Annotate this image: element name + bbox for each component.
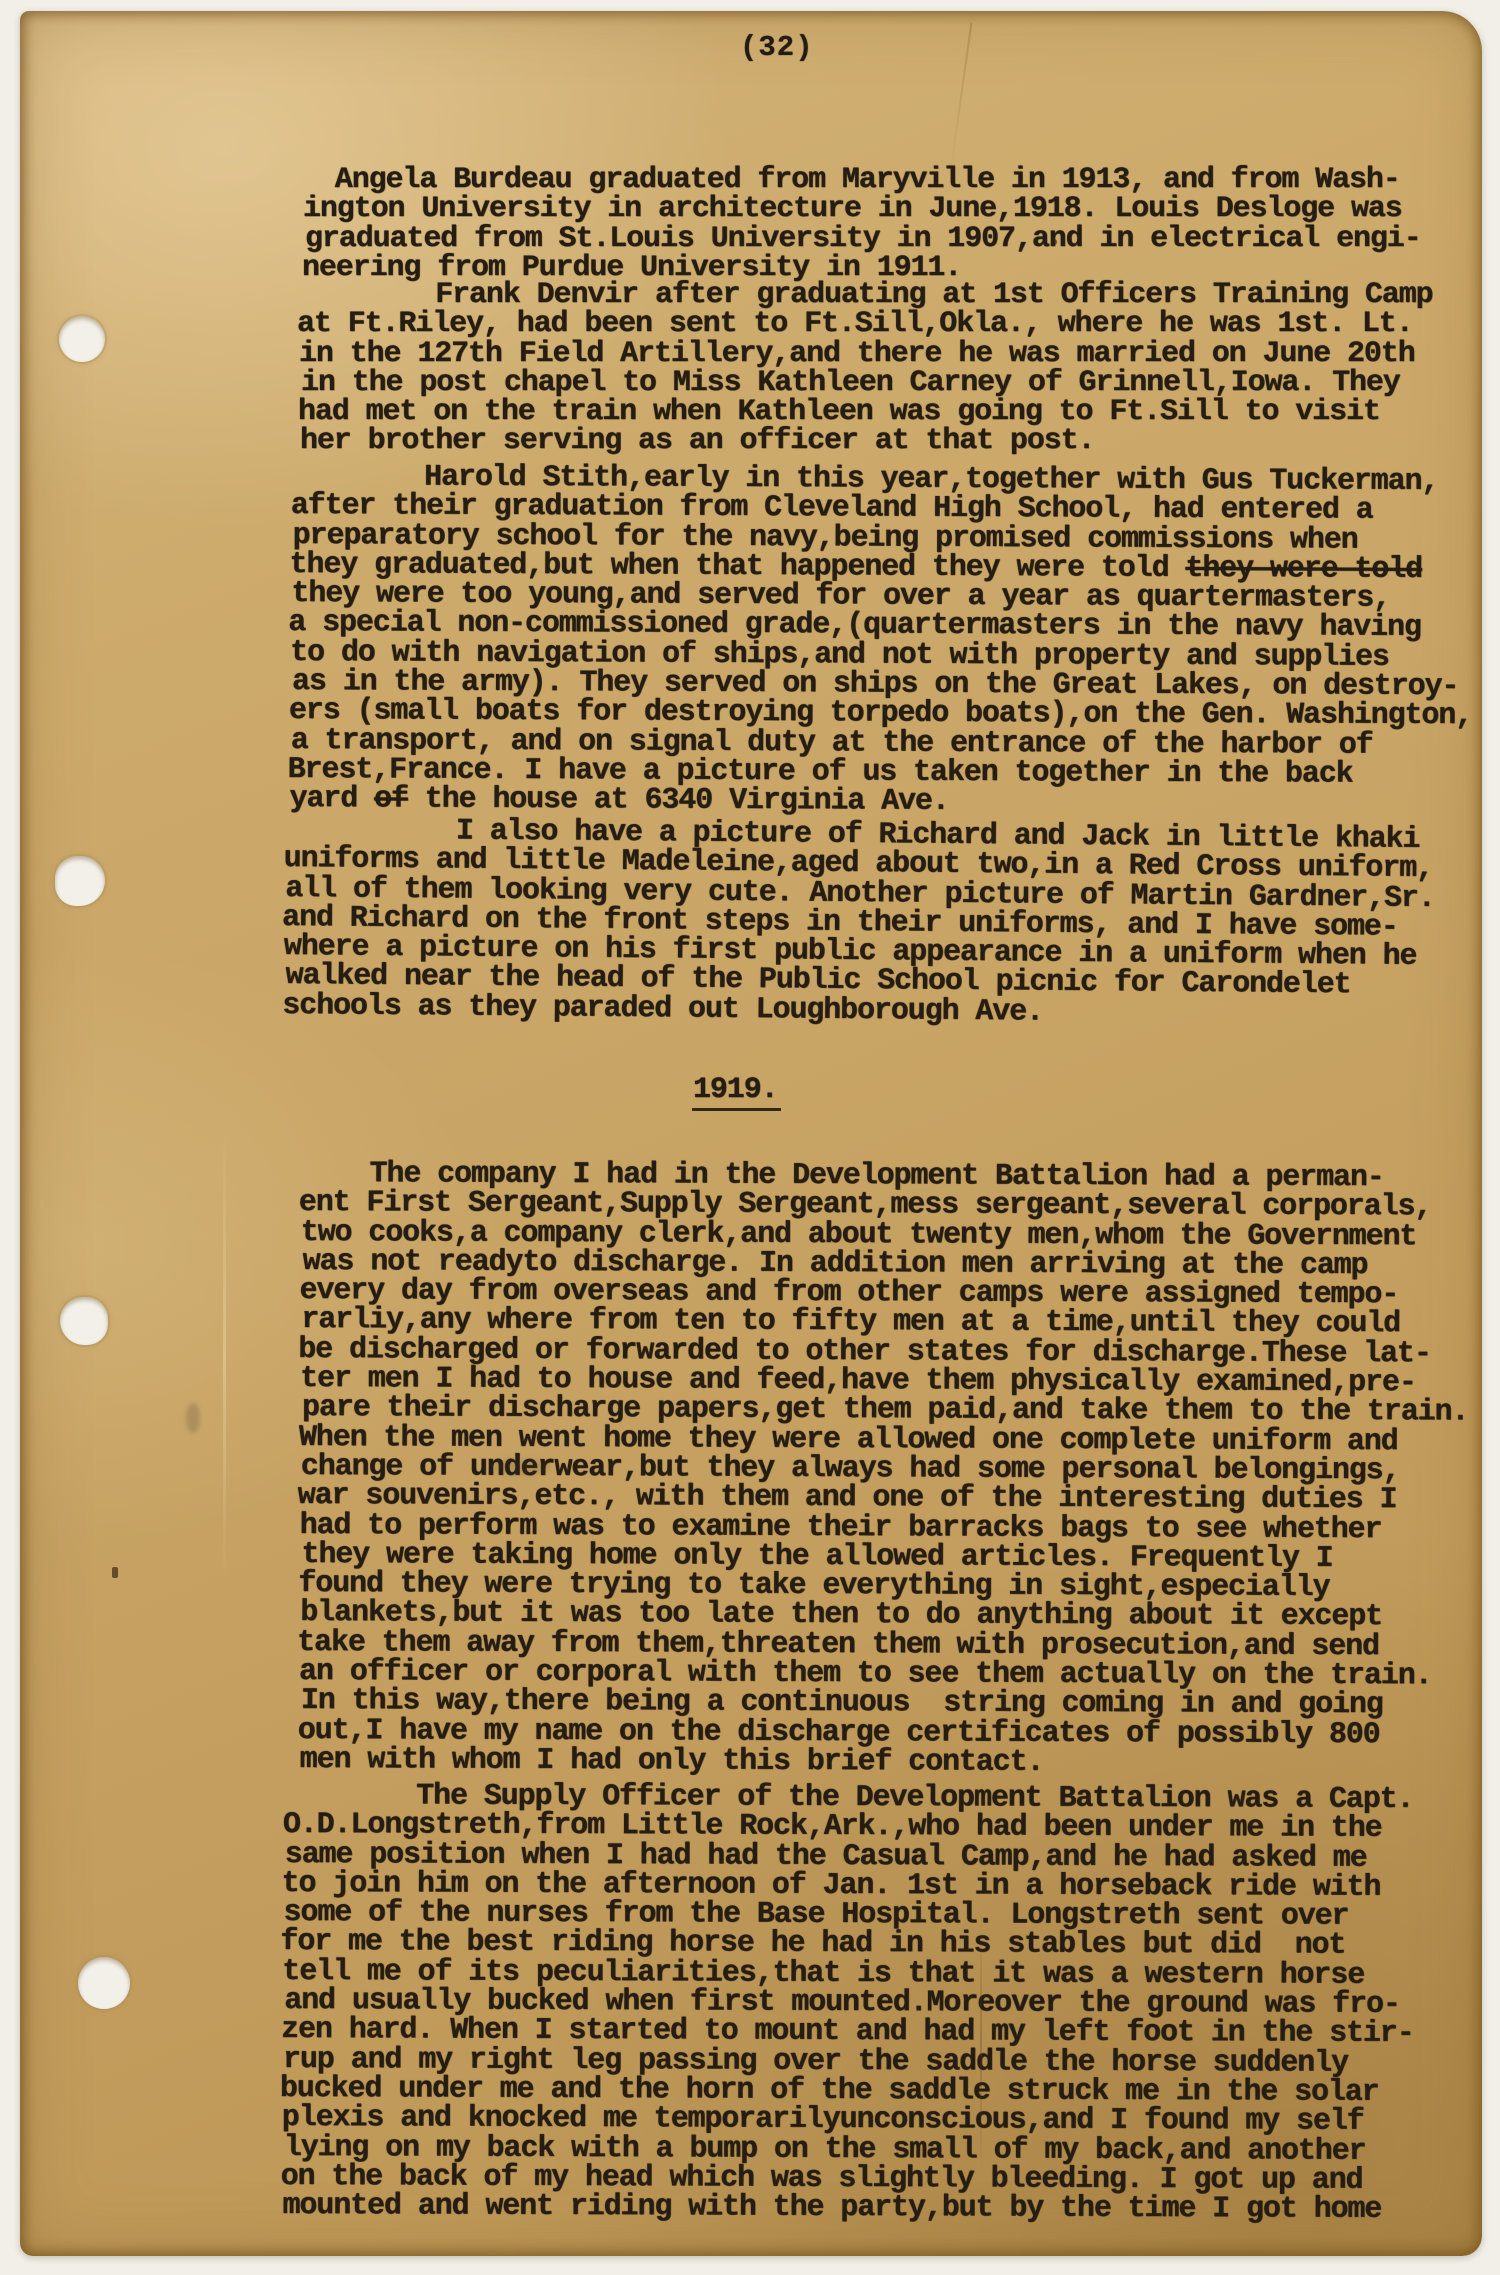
typed-line: Frank Denvir after graduating at 1st Off… (300, 281, 1433, 310)
paragraph: Frank Denvir after graduating at 1st Off… (299, 281, 1433, 457)
punch-hole (78, 1957, 130, 2009)
text-segment: the house at 6340 Virginia Ave. (408, 783, 949, 819)
section-heading: 1919. (692, 1073, 781, 1111)
paragraph: Harold Stith,early in this year,together… (289, 463, 1473, 820)
punch-hole (60, 1297, 108, 1345)
section-heading-text: 1919. (692, 1073, 781, 1111)
paragraph: The company I had in the Development Bat… (299, 1160, 1470, 1780)
typed-line: her brother serving as an officer at tha… (300, 427, 1433, 456)
typed-line: in the 127th Field Artillery,and there h… (299, 340, 1433, 369)
typed-line: had met on the train when Kathleen was g… (298, 398, 1433, 427)
typed-line: in the post chapel to Miss Kathleen Carn… (301, 369, 1433, 398)
paragraph: Angela Burdeau graduated from Maryville … (303, 166, 1421, 283)
typed-line: ington University in architecture in Jun… (303, 195, 1421, 224)
typed-line: at Ft.Riley, had been sent to Ft.Sill,Ok… (297, 310, 1433, 339)
paragraph: I also have a picture of Richard and Jac… (283, 816, 1435, 1031)
typed-line: graduated from St.Louis University in 19… (305, 225, 1421, 254)
typed-content: Angela Burdeau graduated from Maryville … (20, 11, 1482, 2256)
scan-background: (32) Angela Burdeau graduated from Maryv… (0, 0, 1500, 2275)
text-segment: yard (289, 782, 374, 816)
document-page: (32) Angela Burdeau graduated from Maryv… (20, 11, 1482, 2256)
paragraph: The Supply Officer of the Development Ba… (281, 1782, 1414, 2225)
punch-hole (59, 316, 105, 362)
typed-line: Angela Burdeau graduated from Maryville … (301, 166, 1421, 195)
typed-line: mounted and went riding with the party,b… (282, 2192, 1413, 2225)
struck-text: of (374, 783, 408, 817)
